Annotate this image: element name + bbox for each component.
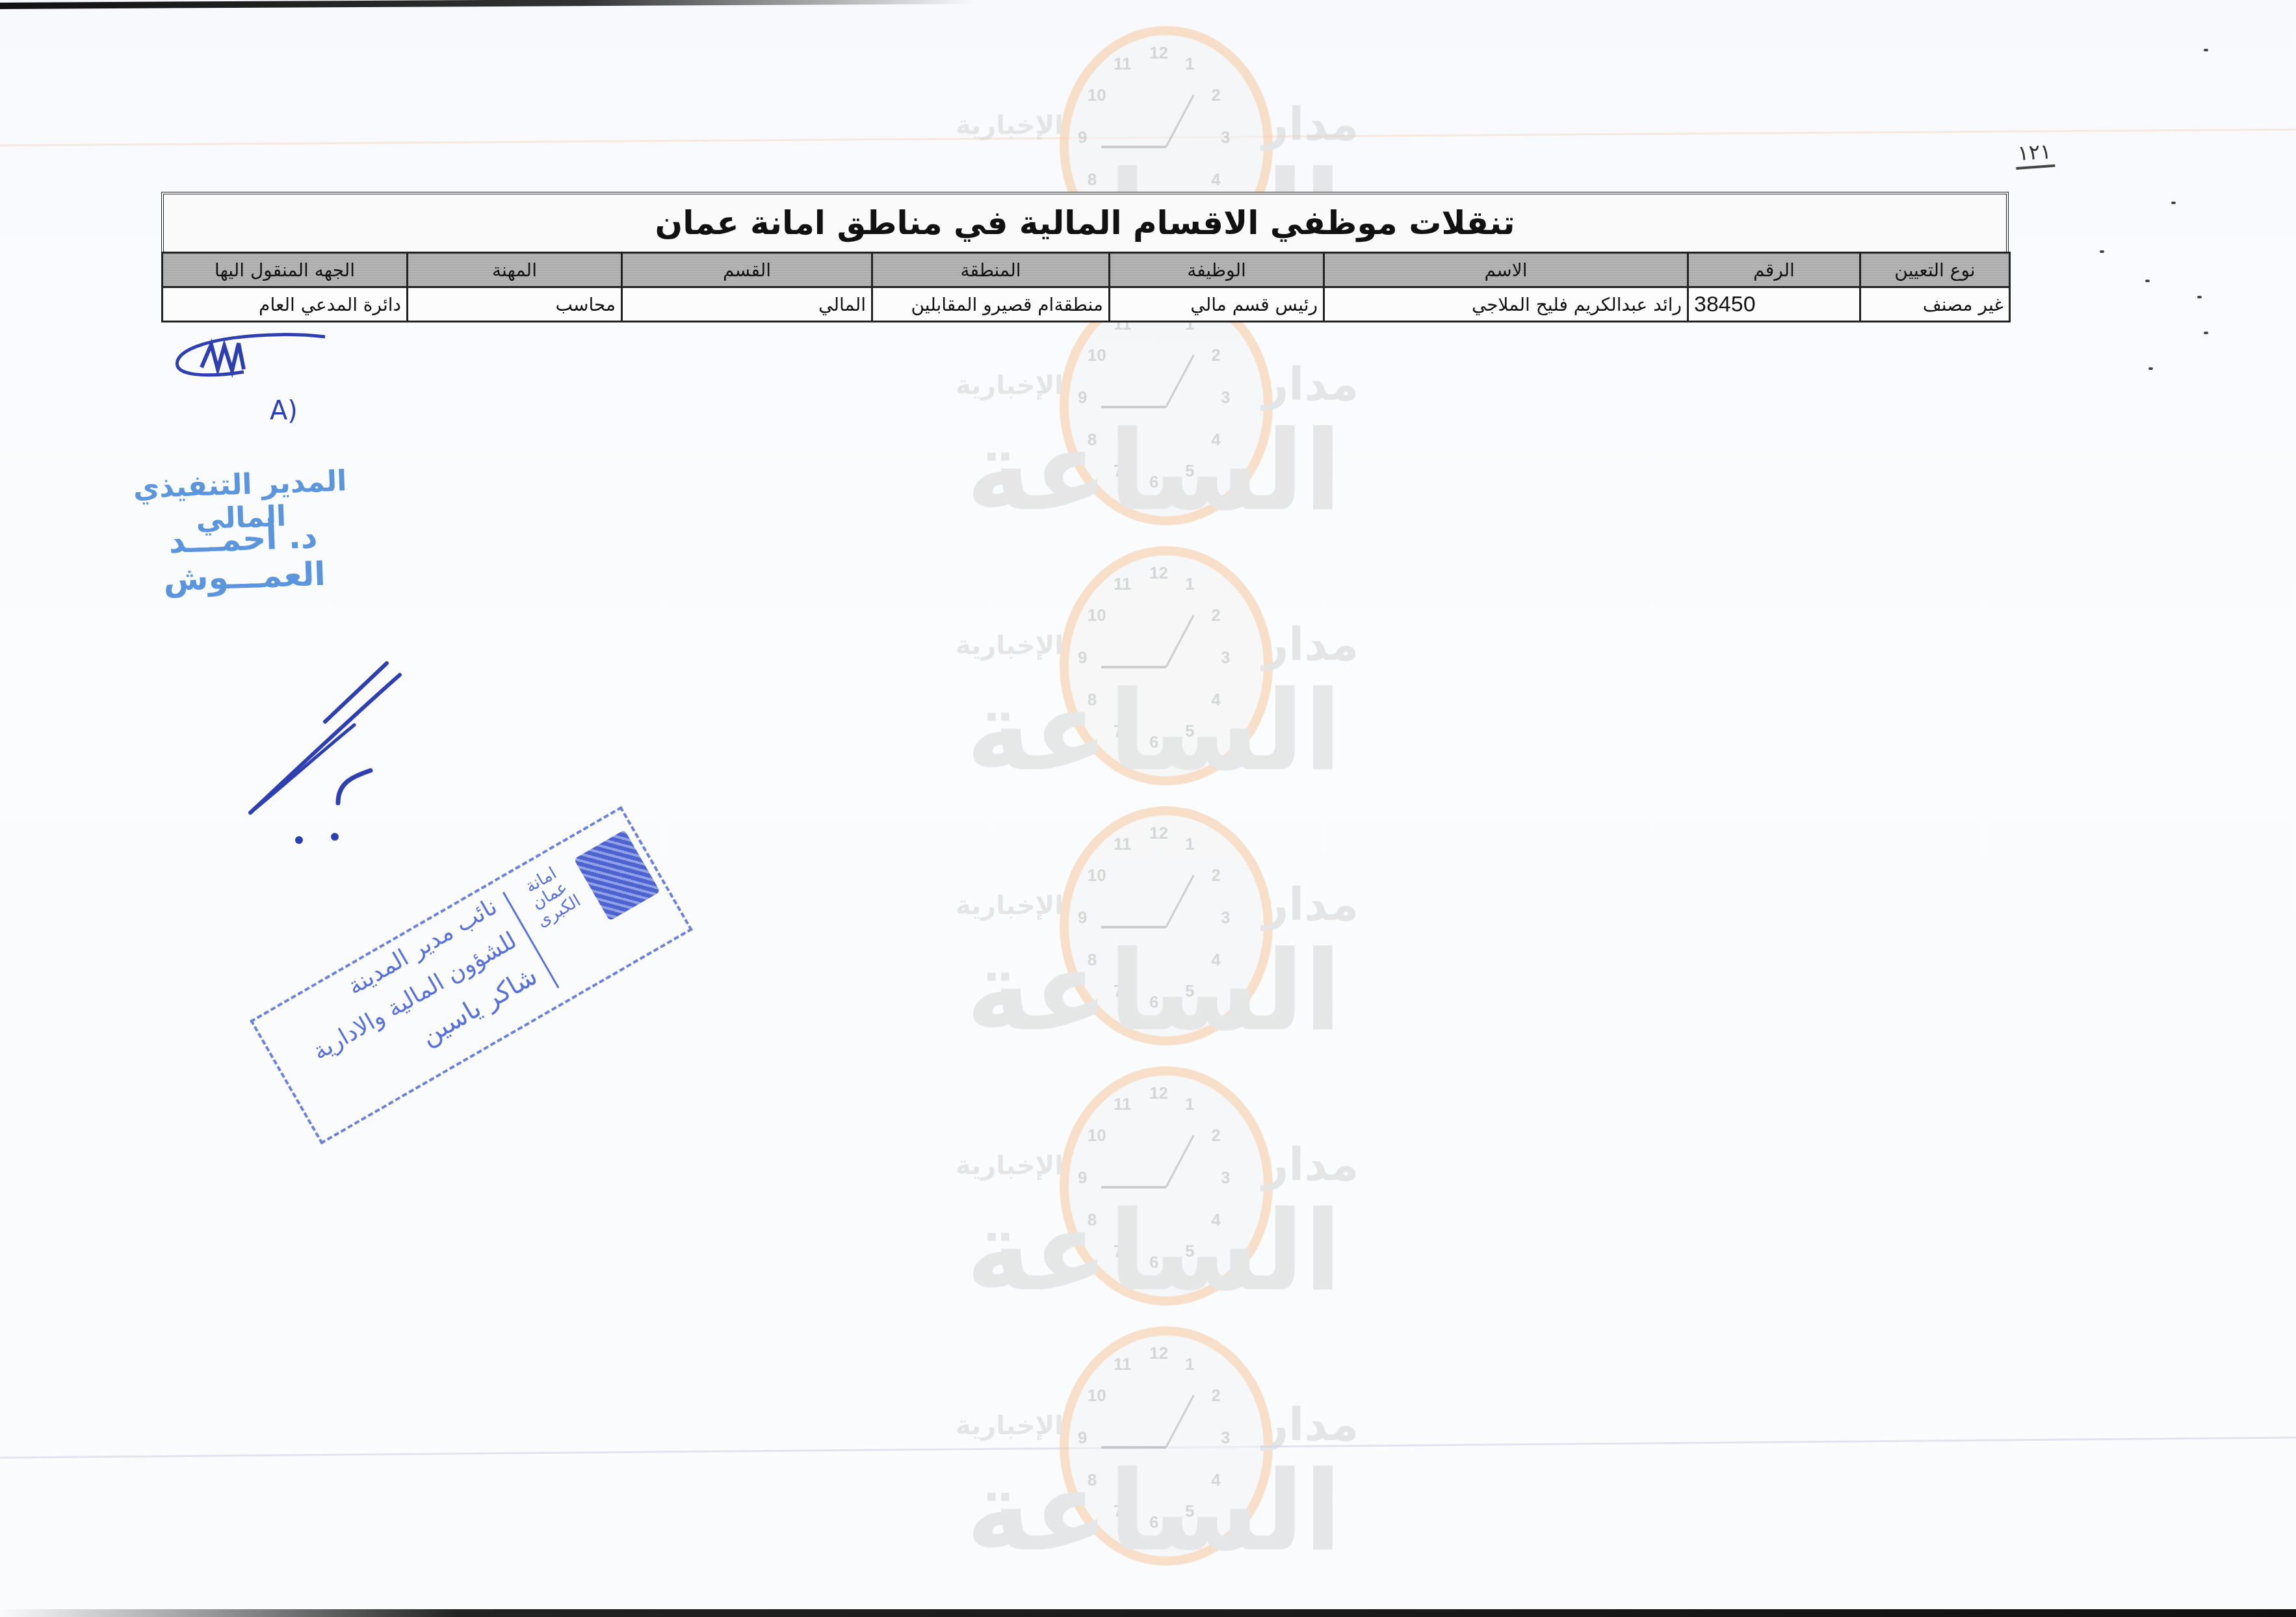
clock-icon: 121234567891011 bbox=[1060, 1066, 1273, 1306]
signatory-name: د. أحمـــد العمـــوش bbox=[90, 515, 398, 601]
watermark: 121234567891011الإخباريةمدارالساعة bbox=[956, 1066, 1359, 1313]
watermark: 121234567891011الإخباريةمدارالساعة bbox=[956, 286, 1359, 533]
scan-edge-top bbox=[0, 0, 975, 9]
cell-appointment-type: غير مصنف bbox=[1860, 287, 2010, 322]
svg-text:A): A) bbox=[270, 396, 298, 426]
scan-edge-bottom bbox=[0, 1609, 2296, 1617]
column-header-region: المنطقة bbox=[872, 253, 1110, 287]
transfers-table-block: تنقلات موظفي الاقسام المالية في مناطق ام… bbox=[161, 192, 2009, 322]
cell-region: منطقةام قصيرو المقابلين bbox=[872, 287, 1110, 322]
column-header-transferred-to: الجهه المنقول اليها bbox=[163, 253, 408, 287]
column-header-number: الرقم bbox=[1688, 253, 1860, 287]
cell-department: المالي bbox=[622, 287, 872, 322]
table-header-row: نوع التعيين الرقم الاسم الوظيفة المنطقة … bbox=[163, 253, 2010, 287]
page-number: ١٢١ bbox=[2015, 138, 2055, 170]
scan-speck bbox=[2204, 49, 2208, 51]
clock-icon: 121234567891011 bbox=[1060, 806, 1273, 1045]
scan-speck bbox=[2204, 332, 2208, 334]
clock-icon: 121234567891011 bbox=[1060, 546, 1273, 785]
scan-speck bbox=[2148, 367, 2153, 370]
table-row: غير مصنف 38450 رائد عبدالكريم فليح الملا… bbox=[163, 287, 2010, 322]
cell-number: 38450 bbox=[1688, 287, 1860, 322]
cell-profession: محاسب bbox=[408, 287, 622, 322]
document-title: تنقلات موظفي الاقسام المالية في مناطق ام… bbox=[161, 192, 2009, 252]
scan-speck bbox=[2197, 296, 2202, 298]
cell-transferred-to: دائرة المدعي العام bbox=[163, 287, 408, 322]
watermark: 121234567891011الإخباريةمدارالساعة bbox=[956, 1326, 1359, 1573]
handwritten-signature: A) bbox=[172, 332, 328, 429]
column-header-appointment-type: نوع التعيين bbox=[1860, 253, 2010, 287]
scan-artifact-line bbox=[0, 1437, 2296, 1459]
cell-name: رائد عبدالكريم فليح الملاجي bbox=[1324, 287, 1688, 322]
watermark: 121234567891011الإخباريةمدارالساعة bbox=[956, 806, 1359, 1053]
cell-job: رئيس قسم مالي bbox=[1110, 287, 1324, 322]
column-header-profession: المهنة bbox=[408, 253, 622, 287]
transfers-table: نوع التعيين الرقم الاسم الوظيفة المنطقة … bbox=[161, 252, 2011, 322]
column-header-name: الاسم bbox=[1324, 253, 1688, 287]
column-header-department: القسم bbox=[622, 253, 872, 287]
scan-artifact-line bbox=[0, 129, 2296, 147]
handwritten-initials bbox=[241, 650, 410, 858]
scan-speck bbox=[2171, 202, 2176, 204]
scan-speck bbox=[2100, 250, 2104, 253]
column-header-job: الوظيفة bbox=[1110, 253, 1324, 287]
scan-speck bbox=[2145, 280, 2150, 282]
watermark: 121234567891011الإخباريةمدارالساعة bbox=[956, 546, 1359, 793]
